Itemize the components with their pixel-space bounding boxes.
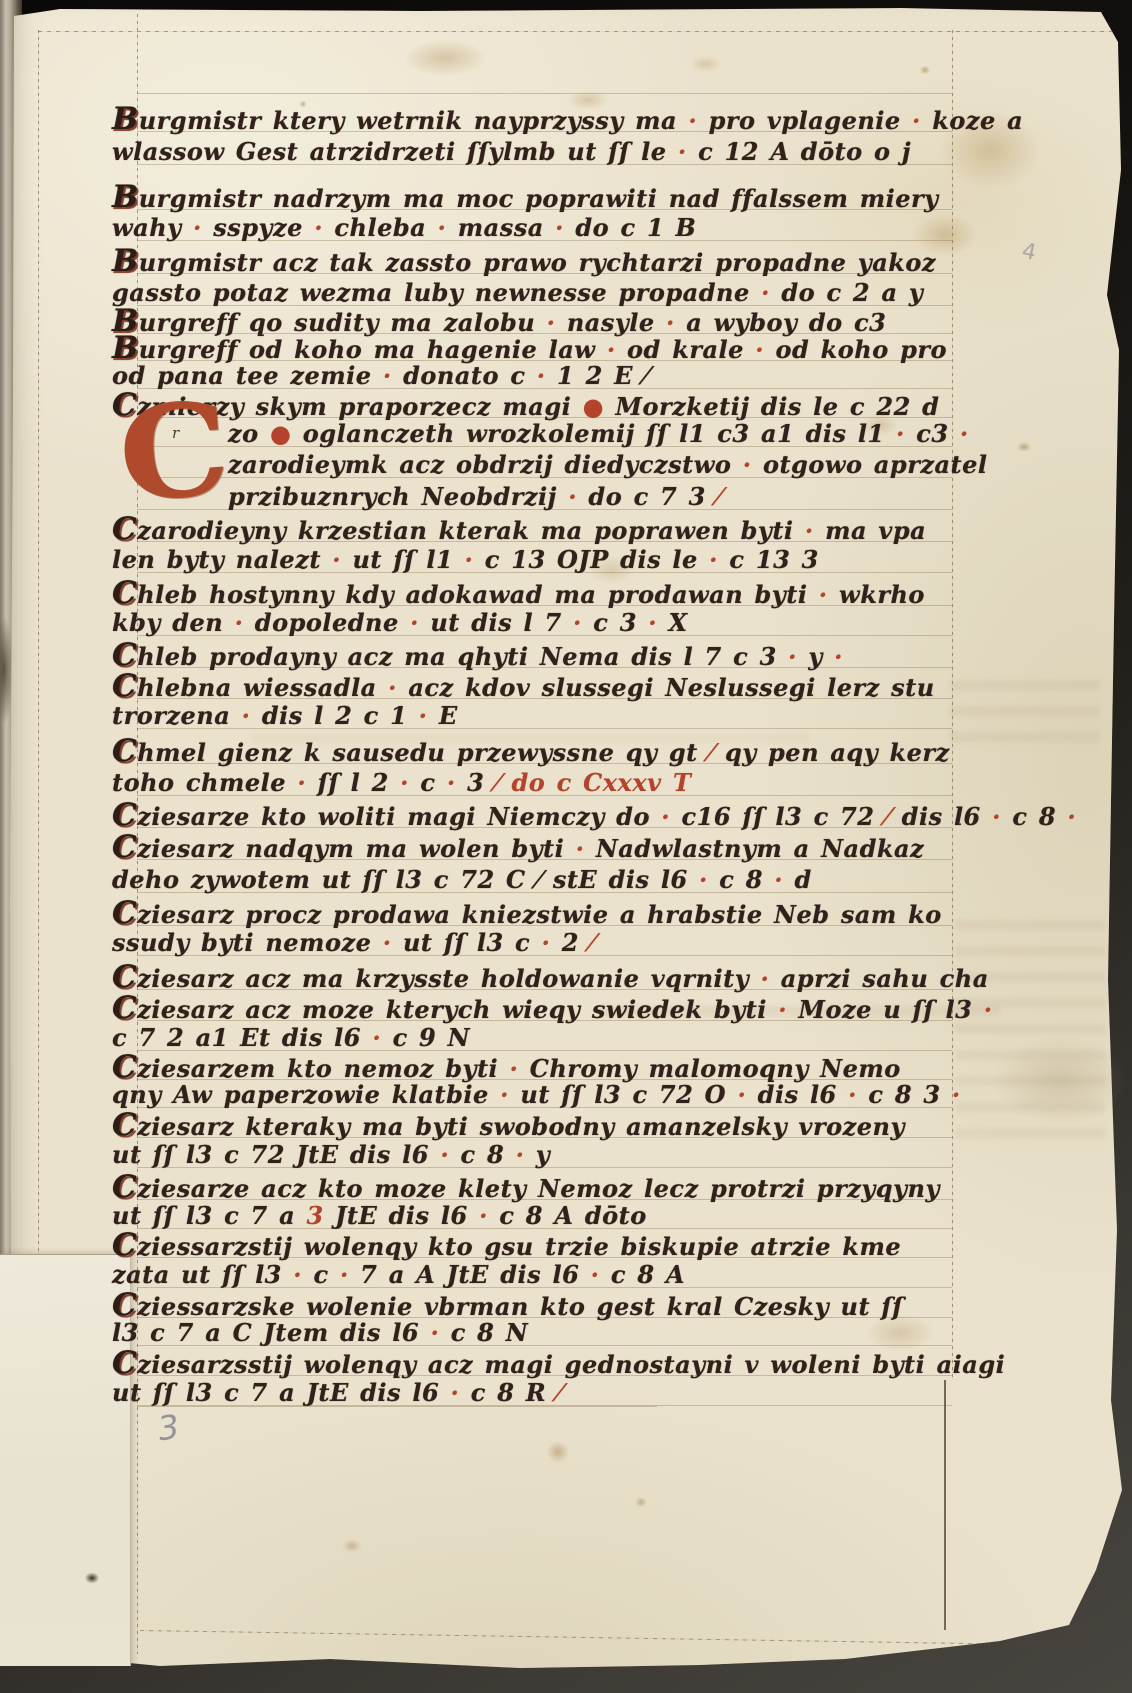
manuscript-text-segment: · bbox=[321, 545, 353, 574]
manuscript-text-segment: · bbox=[750, 278, 782, 307]
manuscript-text-segment: · bbox=[436, 768, 468, 797]
manuscript-text-segment: CC bbox=[112, 514, 137, 544]
manuscript-text-segment: ⁄ bbox=[546, 1378, 562, 1407]
manuscript-text-segment: c 12 A dōto o j bbox=[698, 137, 911, 166]
manuscript-text-segment: CC bbox=[112, 671, 137, 701]
manuscript-text-segment: pro vplagenie bbox=[709, 106, 901, 135]
manuscript-line: BBurgmistr acz tak zassto prawo rychtarz… bbox=[112, 246, 936, 278]
manuscript-line: zarodieymk acz obdrzij diedyczstwo · otg… bbox=[228, 450, 988, 480]
manuscript-text-segment: E bbox=[439, 701, 458, 730]
manuscript-text-segment: · bbox=[688, 865, 720, 894]
manuscript-text-segment: przibuznrych Neobdrzij bbox=[228, 482, 557, 511]
manuscript-text-segment: ziesarz acz ma krzysste holdowanie vqrni… bbox=[137, 964, 749, 993]
manuscript-text-segment: · bbox=[557, 482, 589, 511]
manuscript-line: wlassow Gest atrzidrzeti ſſylmb ut ſſ le… bbox=[112, 137, 911, 167]
manuscript-line: CCziesarzsstij wolenqy acz magi gednosta… bbox=[112, 1348, 1005, 1380]
manuscript-text-segment: dis l6 bbox=[902, 802, 981, 831]
manuscript-line: przibuznrych Neobdrzij · do c 7 3 ⁄ bbox=[228, 482, 722, 512]
manuscript-text-segment: c 8 A bbox=[611, 1260, 685, 1289]
manuscript-text-segment: deho zywotem ut ſſ l3 c 72 C ⁄ stE dis l… bbox=[112, 865, 688, 894]
manuscript-text-segment: c 8 N bbox=[451, 1318, 528, 1347]
manuscript-text-segment: BB bbox=[112, 182, 139, 212]
manuscript-line: CCziesarz acz moze kterych wieqy swiedek… bbox=[112, 993, 993, 1025]
manuscript-text-segment: 3 bbox=[295, 1201, 335, 1230]
manuscript-text-segment: c3 bbox=[916, 419, 948, 448]
manuscript-text-segment: · bbox=[749, 964, 781, 993]
manuscript-text-segment: · bbox=[564, 834, 596, 863]
manuscript-text-segment: CC bbox=[112, 1348, 137, 1378]
manuscript-text-segment: · bbox=[286, 768, 318, 797]
manuscript-text-segment: · bbox=[329, 1260, 361, 1289]
manuscript-text-segment: · bbox=[282, 1260, 314, 1289]
manuscript-line: gassto potaz wezma luby newnesse propadn… bbox=[112, 278, 923, 308]
manuscript-text-segment: hlebna wiessadla bbox=[137, 673, 377, 702]
manuscript-line: wahy · sspyze · chleba · massa · do c 1 … bbox=[112, 213, 696, 243]
manuscript-text-segment: · bbox=[677, 106, 709, 135]
manuscript-text-segment: ut ſſ l3 c bbox=[403, 928, 530, 957]
manuscript-text-segment: CC bbox=[112, 640, 137, 670]
manuscript-line: CCziesarz kteraky ma byti swobodny amanz… bbox=[112, 1110, 905, 1142]
manuscript-text-segment: zarodieymk acz obdrzij diedyczstwo bbox=[228, 450, 731, 479]
manuscript-line: CChlebna wiessadla · acz kdov slussegi N… bbox=[112, 671, 935, 703]
manuscript-text-segment: · bbox=[885, 419, 917, 448]
manuscript-text-segment: · bbox=[823, 642, 843, 671]
manuscript-text-segment: dis l6 bbox=[758, 1080, 837, 1109]
manuscript-text-segment: CC bbox=[112, 898, 137, 928]
manuscript-text-segment: dis l 2 c 1 bbox=[262, 701, 407, 730]
manuscript-text-segment: · bbox=[498, 1054, 530, 1083]
manuscript-text-segment: gassto potaz wezma luby newnesse propadn… bbox=[112, 278, 750, 307]
manuscript-line: deho zywotem ut ſſ l3 c 72 C ⁄ stE dis l… bbox=[112, 865, 812, 895]
manuscript-text-segment: ziessarzstij wolenqy kto gsu trzie bisku… bbox=[137, 1232, 901, 1261]
manuscript-text-segment: ziesarzem kto nemoz byti bbox=[137, 1054, 498, 1083]
manuscript-text-segment: do c 7 3 bbox=[588, 482, 705, 511]
manuscript-text-segment: CC bbox=[112, 578, 137, 608]
manuscript-text-segment: ziesarzsstij wolenqy acz magi gednostayn… bbox=[137, 1350, 1005, 1379]
manuscript-text-segment: · bbox=[837, 1080, 869, 1109]
manuscript-text-segment: · bbox=[544, 213, 576, 242]
manuscript-text-segment: · bbox=[377, 673, 409, 702]
manuscript-text-segment: BB bbox=[112, 246, 139, 276]
manuscript-text-segment: · bbox=[941, 1080, 961, 1109]
manuscript-text-segment: y bbox=[536, 1140, 550, 1169]
manuscript-text-segment: CC bbox=[112, 1172, 137, 1202]
manuscript-text-segment: hleb prodayny acz ma qhyti Nema dis l 7 … bbox=[137, 642, 777, 671]
manuscript-text-segment: dopoledne bbox=[255, 608, 399, 637]
manuscript-text-segment: · bbox=[744, 335, 776, 364]
manuscript-text-segment: wlassow Gest atrzidrzeti ſſylmb ut ſſ le bbox=[112, 137, 667, 166]
manuscript-text-segment: · bbox=[230, 701, 262, 730]
manuscript-text-segment: BB bbox=[112, 104, 139, 134]
manuscript-text-segment: 1 2 E ⁄ bbox=[557, 361, 649, 390]
manuscript-text-segment: · bbox=[637, 608, 669, 637]
manuscript-text-segment: · bbox=[407, 701, 439, 730]
manuscript-text-segment: urgreff od koho ma hagenie law bbox=[139, 335, 596, 364]
manuscript-text-segment: · bbox=[371, 928, 403, 957]
manuscript-text-segment: oglanczeth wrozkolemij ſſ l1 c3 a1 dis l… bbox=[303, 419, 885, 448]
manuscript-line: c 7 2 a1 Et dis l6 · c 9 N bbox=[112, 1023, 470, 1053]
manuscript-line: BBurgmistr nadrzym ma moc poprawiti nad … bbox=[112, 182, 939, 214]
manuscript-text-segment: · bbox=[807, 580, 839, 609]
manuscript-line: ut ſſ l3 c 7 a JtE dis l6 · c 8 R ⁄ bbox=[112, 1378, 562, 1408]
drop-cap-guide-letter: r bbox=[172, 424, 179, 442]
manuscript-text-segment: 7 a A JtE dis l6 bbox=[360, 1260, 579, 1289]
manuscript-text-segment: · bbox=[949, 419, 969, 448]
manuscript-line: ut ſſ l3 c 7 a 3 JtE dis l6 · c 8 A dōto bbox=[112, 1201, 647, 1231]
manuscript-text-segment: aprzi sahu cha bbox=[781, 964, 989, 993]
manuscript-text-segment: Nadwlastnym a Nadkaz bbox=[596, 834, 924, 863]
manuscript-text-segment: · bbox=[726, 1080, 758, 1109]
manuscript-text-segment: l3 c 7 a C Jtem dis l6 bbox=[112, 1318, 419, 1347]
manuscript-text-segment: BB bbox=[112, 333, 139, 363]
manuscript-text-segment: c bbox=[313, 1260, 328, 1289]
manuscript-text-segment: ut ſſ l1 bbox=[352, 545, 453, 574]
manuscript-text-segment: · bbox=[525, 361, 557, 390]
manuscript-text-segment: · bbox=[489, 1080, 521, 1109]
manuscript-line: kby den · dopoledne · ut dis l 7 · c 3 ·… bbox=[112, 608, 688, 638]
manuscript-line: CCziesarz procz prodawa kniezstwie a hra… bbox=[112, 898, 942, 930]
manuscript-text-segment: CC bbox=[112, 832, 137, 862]
manuscript-text-segment: Czesky ut ſſ bbox=[734, 1292, 903, 1321]
manuscript-text-segment bbox=[285, 1140, 296, 1169]
manuscript-text-segment: · bbox=[429, 1140, 461, 1169]
manuscript-text-segment: · bbox=[303, 213, 335, 242]
manuscript-text-segment: wahy bbox=[112, 213, 182, 242]
manuscript-line: ut ſſ l3 c 72 JtE dis l6 · c 8 · y bbox=[112, 1140, 550, 1170]
manuscript-text-segment: ut dis l 7 bbox=[430, 608, 561, 637]
manuscript-text-segment: wkrho bbox=[839, 580, 925, 609]
manuscript-line: zo ● oglanczeth wrozkolemij ſſ l1 c3 a1 … bbox=[228, 419, 969, 449]
manuscript-text-segment: y bbox=[808, 642, 822, 671]
manuscript-line: zata ut ſſ l3 · c · 7 a A JtE dis l6 · c… bbox=[112, 1260, 685, 1290]
manuscript-text-segment: · bbox=[419, 1318, 451, 1347]
manuscript-text-segment: urgmistr ktery wetrnik nayprzyssy ma bbox=[139, 106, 677, 135]
manuscript-text-segment: c16 ſſ l3 c 72 bbox=[682, 802, 875, 831]
manuscript-text-segment: 2 bbox=[562, 928, 579, 957]
manuscript-text-segment: · bbox=[777, 642, 809, 671]
manuscript-text-segment: X bbox=[669, 608, 688, 637]
manuscript-text-segment: JtE dis l6 bbox=[335, 1201, 468, 1230]
manuscript-line: len byty nalezt · ut ſſ l1 · c 13 OJP di… bbox=[112, 545, 819, 575]
manuscript-text-segment: · bbox=[698, 545, 730, 574]
manuscript-line: qny Aw paperzowie klatbie · ut ſſ l3 c 7… bbox=[112, 1080, 961, 1110]
manuscript-line: CCzarodieyny krzestian kterak ma poprawe… bbox=[112, 514, 926, 546]
manuscript-text-segment: hmel gienz k sausedu przewyssne qy gt bbox=[137, 738, 698, 767]
manuscript-text-segment: · bbox=[453, 545, 485, 574]
manuscript-photo: BBurgmistr ktery wetrnik nayprzyssy ma ·… bbox=[0, 0, 1132, 1693]
manuscript-text-segment: CC bbox=[112, 962, 137, 992]
manuscript-text-segment: CC bbox=[112, 1052, 137, 1082]
manuscript-text-segment: · bbox=[182, 213, 214, 242]
manuscript-text-segment: CC bbox=[112, 1290, 137, 1320]
manuscript-text-segment: ziesarz kteraky ma byti swobodny amanzel… bbox=[137, 1112, 905, 1141]
manuscript-text-segment: ziesarze kto woliti magi Niemczy do bbox=[137, 802, 650, 831]
manuscript-text-segment: ⁄ do c Cxxxv T bbox=[484, 768, 691, 797]
manuscript-text-segment: chleba bbox=[334, 213, 426, 242]
manuscript-text-segment: ● bbox=[571, 392, 615, 421]
manuscript-line: CChleb hostynny kdy adokawad ma prodawan… bbox=[112, 578, 925, 610]
manuscript-text-segment: hleb hostynny kdy adokawad ma prodawan b… bbox=[137, 580, 807, 609]
manuscript-text-segment: Chromy malomoqny Nemo bbox=[530, 1054, 901, 1083]
manuscript-text-segment: c 8 bbox=[1012, 802, 1056, 831]
manuscript-text-segment: ziesarz procz prodawa kniezstwie a hrabs… bbox=[137, 900, 942, 929]
manuscript-line: CChleb prodayny acz ma qhyti Nema dis l … bbox=[112, 640, 843, 672]
manuscript-text-segment: od koho pro bbox=[775, 335, 947, 364]
manuscript-text-segment: massa bbox=[458, 213, 544, 242]
manuscript-line: CCziesarze acz kto moze klety Nemoz lecz… bbox=[112, 1172, 940, 1204]
manuscript-text-segment: · bbox=[763, 865, 795, 894]
manuscript-line: trorzena · dis l 2 c 1 · E bbox=[112, 701, 458, 731]
manuscript-text-segment: · bbox=[901, 106, 933, 135]
manuscript-text-segment: Moze u ſſ l3 bbox=[798, 995, 972, 1024]
manuscript-text-segment: c 13 OJP dis le bbox=[485, 545, 698, 574]
manuscript-text-segment: JtE dis l6 bbox=[296, 1140, 429, 1169]
manuscript-text-segment: · bbox=[650, 802, 682, 831]
manuscript-text-segment: · bbox=[981, 802, 1013, 831]
manuscript-text-segment: ut ſſ l3 c 7 a bbox=[112, 1201, 295, 1230]
manuscript-text-segment: CC bbox=[112, 1110, 137, 1140]
manuscript-text-segment: CC bbox=[112, 993, 137, 1023]
manuscript-line: CCziesarz nadqym ma wolen byti · Nadwlas… bbox=[112, 832, 924, 864]
manuscript-text-segment: urgmistr nadrzym ma moc poprawiti nad ff… bbox=[139, 184, 939, 213]
manuscript-text-segment: qy pen aqy kerz bbox=[725, 738, 950, 767]
manuscript-line: CCziesarz acz ma krzysste holdowanie vqr… bbox=[112, 962, 989, 994]
manuscript-text-segment: donato c bbox=[403, 361, 525, 390]
manuscript-text-segment: acz kdov slussegi Neslussegi lerz stu bbox=[408, 673, 934, 702]
manuscript-line: CCziessarzstij wolenqy kto gsu trzie bis… bbox=[112, 1230, 901, 1262]
manuscript-text-segment: ⁄ bbox=[579, 928, 595, 957]
manuscript-text-segment: toho chmele bbox=[112, 768, 286, 797]
manuscript-text-segment: CC bbox=[112, 390, 137, 420]
manuscript-text-segment: · bbox=[562, 608, 594, 637]
manuscript-text-segment: ut ſſ l3 c 7 a JtE dis l6 bbox=[112, 1378, 439, 1407]
manuscript-text-segment: Morzketij dis le c 22 d bbox=[615, 392, 939, 421]
manuscript-text-segment: ssudy byti nemoze bbox=[112, 928, 371, 957]
manuscript-text-segment: od krale bbox=[627, 335, 744, 364]
manuscript-text-segment: c 8 3 bbox=[868, 1080, 940, 1109]
manuscript-text-segment: len byty nalezt bbox=[112, 545, 321, 574]
manuscript-text-segment: ziesarz acz moze kterych wieqy swiedek b… bbox=[137, 995, 767, 1024]
manuscript-text-segment: · bbox=[223, 608, 255, 637]
manuscript-text-segment: c 9 N bbox=[393, 1023, 470, 1052]
manuscript-text-segment: · bbox=[372, 361, 404, 390]
manuscript-text-segment: · bbox=[389, 768, 421, 797]
manuscript-text-segment: d bbox=[794, 865, 811, 894]
manuscript-text-segment: c 13 3 bbox=[729, 545, 818, 574]
manuscript-text-segment: ſſ l 2 bbox=[318, 768, 389, 797]
manuscript-text-segment: ziesarz nadqym ma wolen byti bbox=[137, 834, 564, 863]
manuscript-text-segment: qny Aw paperzowie klatbie bbox=[112, 1080, 489, 1109]
manuscript-text-segment: · bbox=[504, 1140, 536, 1169]
manuscript-text-segment: · bbox=[1056, 802, 1076, 831]
manuscript-text-segment: ⁄ bbox=[706, 482, 722, 511]
manuscript-text-segment: CC bbox=[112, 1230, 137, 1260]
manuscript-text-segment: do c 1 B bbox=[575, 213, 696, 242]
manuscript-text-segment: · bbox=[530, 928, 562, 957]
manuscript-text-segment: c bbox=[420, 768, 435, 797]
manuscript-text-segment: ⁄ bbox=[698, 738, 725, 767]
manuscript-text-segment: · bbox=[426, 213, 458, 242]
manuscript-text-segment: c 8 bbox=[719, 865, 763, 894]
manuscript-line: BBurgmistr ktery wetrnik nayprzyssy ma ·… bbox=[112, 104, 1023, 136]
manuscript-text-segment: ma vpa bbox=[825, 516, 926, 545]
manuscript-text-segment: c 8 R bbox=[471, 1378, 546, 1407]
manuscript-text-segment: ziesarze acz kto moze klety Nemoz lecz p… bbox=[137, 1174, 940, 1203]
manuscript-text-segment: ziessarzske wolenie vbrman kto gest kral bbox=[137, 1292, 723, 1321]
manuscript-text-segment: c 7 2 a1 Et dis l6 bbox=[112, 1023, 361, 1052]
manuscript-text-segment: otgowo aprzatel bbox=[763, 450, 988, 479]
manuscript-text-segment: · bbox=[794, 516, 826, 545]
manuscript-text-segment: · bbox=[579, 1260, 611, 1289]
manuscript-text-segment: · bbox=[468, 1201, 500, 1230]
manuscript-text-segment: · bbox=[439, 1378, 471, 1407]
manuscript-text-segment: zarodieyny krzestian kterak ma poprawen … bbox=[137, 516, 793, 545]
manuscript-line: CChmel gienz k sausedu przewyssne qy gt … bbox=[112, 736, 950, 768]
manuscript-text-segment: c 8 A dōto bbox=[499, 1201, 646, 1230]
text-block: BBurgmistr ktery wetrnik nayprzyssy ma ·… bbox=[112, 0, 1062, 1693]
manuscript-text-segment: ⁄ bbox=[874, 802, 901, 831]
manuscript-text-segment: · bbox=[972, 995, 992, 1024]
manuscript-text-segment: · bbox=[731, 450, 763, 479]
manuscript-text-segment: urgmistr acz tak zassto prawo rychtarzi … bbox=[139, 248, 936, 277]
manuscript-text-segment: c 3 bbox=[593, 608, 637, 637]
manuscript-text-segment: · bbox=[595, 335, 627, 364]
manuscript-text-segment: 3 bbox=[467, 768, 484, 797]
manuscript-line: l3 c 7 a C Jtem dis l6 · c 8 N bbox=[112, 1318, 528, 1348]
manuscript-text-segment: · bbox=[399, 608, 431, 637]
manuscript-text-segment: · bbox=[361, 1023, 393, 1052]
manuscript-text-segment: do c 2 a y bbox=[781, 278, 923, 307]
manuscript-text-segment: sspyze bbox=[213, 213, 303, 242]
manuscript-text-segment: · bbox=[667, 137, 699, 166]
manuscript-text-segment: c 8 bbox=[461, 1140, 505, 1169]
manuscript-text-segment: ● bbox=[259, 419, 303, 448]
manuscript-line: CCziesarze kto woliti magi Niemczy do · … bbox=[112, 800, 1076, 832]
manuscript-text-segment bbox=[723, 1292, 734, 1321]
manuscript-text-segment: koze a bbox=[932, 106, 1023, 135]
manuscript-line: toho chmele · ſſ l 2 · c · 3 ⁄ do c Cxxx… bbox=[112, 768, 691, 798]
manuscript-line: ssudy byti nemoze · ut ſſ l3 c · 2 ⁄ bbox=[112, 928, 595, 958]
manuscript-text-segment: CC bbox=[112, 736, 137, 766]
manuscript-text-segment: ut ſſ l3 c 72 O bbox=[520, 1080, 726, 1109]
manuscript-text-segment: · bbox=[767, 995, 799, 1024]
manuscript-text-segment: CC bbox=[112, 800, 137, 830]
